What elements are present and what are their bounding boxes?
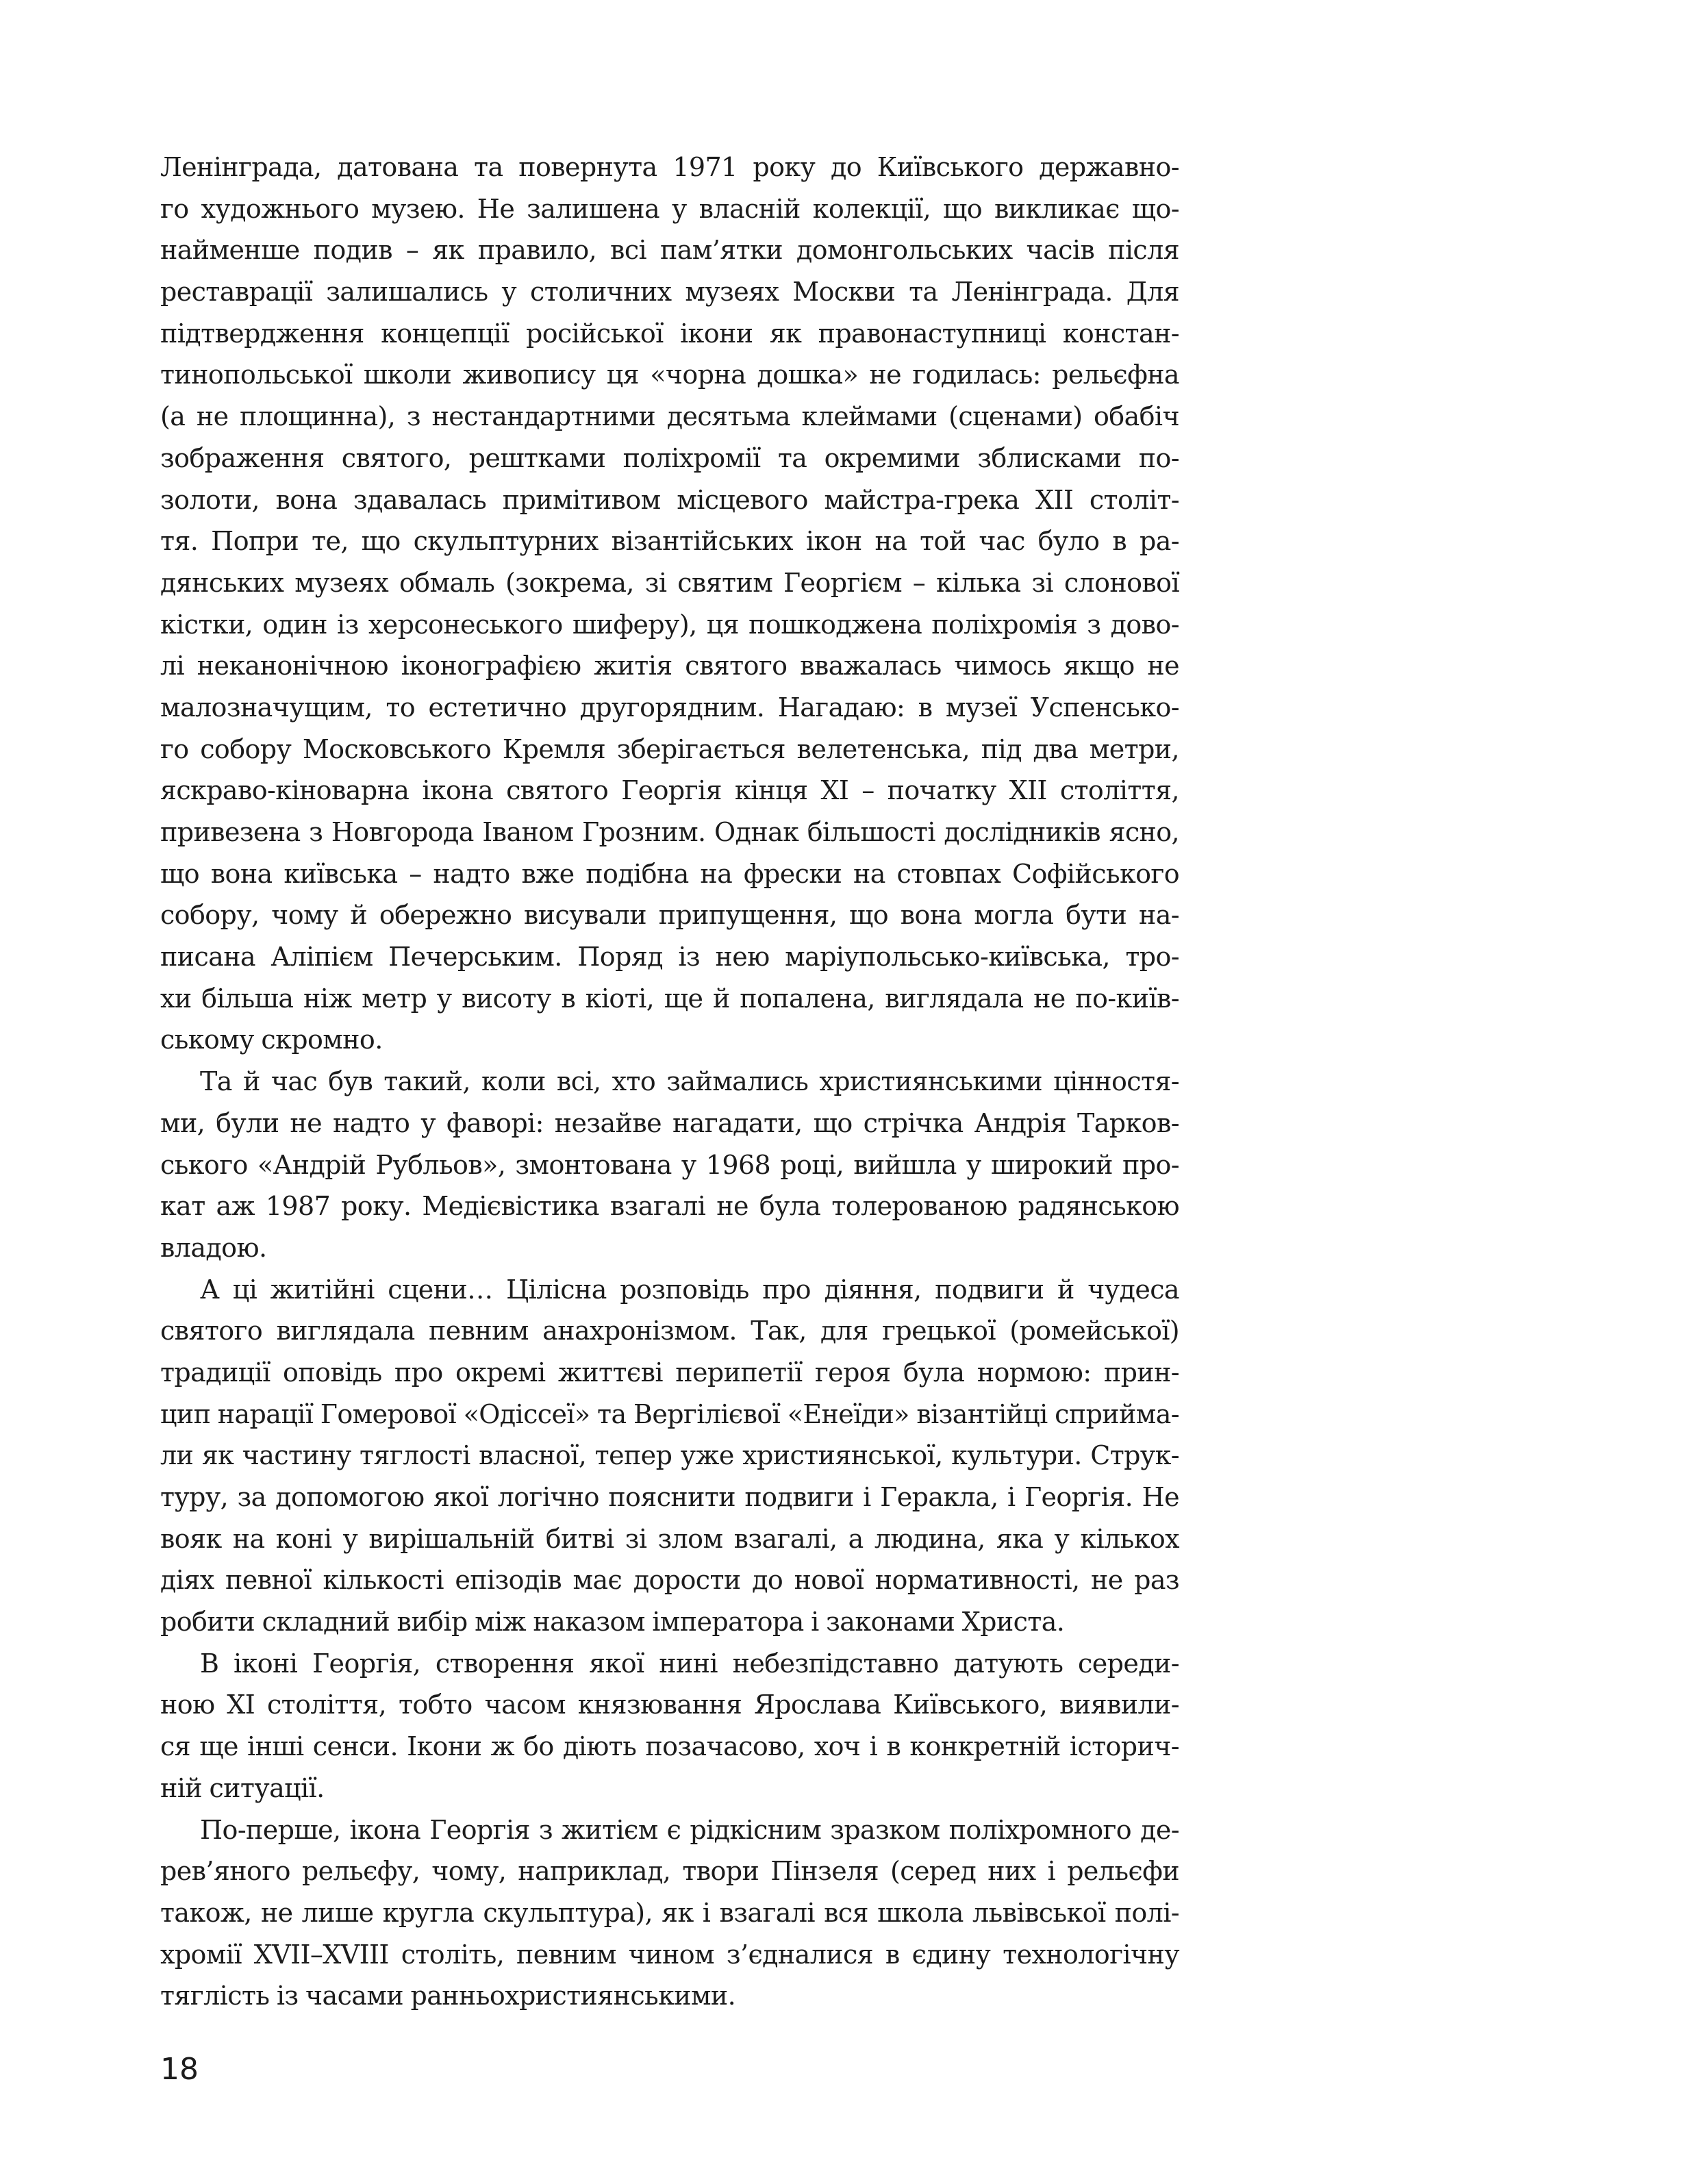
text-line: ли як частину тяглості власної, тепер уж… (160, 1435, 1179, 1477)
text-line: хромії XVII–XVIII століть, певним чином … (160, 1934, 1179, 1976)
text-line: ся ще інші сенси. Ікони ж бо діють позач… (160, 1726, 1179, 1768)
text-line: привезена з Новгорода Іваном Грозним. Од… (160, 812, 1179, 853)
text-line: ському скромно. (160, 1019, 1179, 1061)
text-line: вояк на коні у вирішальній битві зі злом… (160, 1518, 1179, 1560)
text-line: ній ситуації. (160, 1768, 1179, 1809)
page-number: 18 (160, 2052, 199, 2087)
text-line: кат аж 1987 року. Медієвістика взагалі н… (160, 1185, 1179, 1227)
text-line: кістки, один із херсонеського шиферу), ц… (160, 604, 1179, 646)
text-line: що вона київська – надто вже подібна на … (160, 853, 1179, 895)
text-line: Ленінграда, датована та повернута 1971 р… (160, 147, 1179, 188)
text-line: писана Аліпієм Печерським. Поряд із нею … (160, 936, 1179, 978)
text-line: яскраво-кіноварна ікона святого Георгія … (160, 770, 1179, 812)
text-line: рев’яного рельєфу, чому, наприклад, твор… (160, 1850, 1179, 1892)
text-line: традиції оповідь про окремі життєві пери… (160, 1352, 1179, 1394)
text-line: В іконі Георгія, створення якої нині неб… (160, 1643, 1179, 1685)
text-line: золоти, вона здавалась примітивом місцев… (160, 479, 1179, 521)
text-line: ною XI століття, тобто часом князювання … (160, 1684, 1179, 1726)
text-line: Та й час був такий, коли всі, хто займал… (160, 1061, 1179, 1103)
paragraph-1: Ленінграда, датована та повернута 1971 р… (160, 147, 1179, 1061)
paragraph-2: Та й час був такий, коли всі, хто займал… (160, 1061, 1179, 1268)
paragraph-4: В іконі Георгія, створення якої нині неб… (160, 1643, 1179, 1809)
text-line: зображення святого, рештками поліхромії … (160, 438, 1179, 479)
text-line: реставрації залишались у столичних музея… (160, 271, 1179, 313)
text-line: найменше подив – як правило, всі пам’ятк… (160, 229, 1179, 271)
text-line: святого виглядала певним анахронізмом. Т… (160, 1310, 1179, 1352)
paragraph-3: А ці житійні сцени… Цілісна розповідь пр… (160, 1269, 1179, 1643)
text-line: го собору Московського Кремля зберігаєть… (160, 729, 1179, 770)
text-line: дянських музеях обмаль (зокрема, зі свят… (160, 562, 1179, 604)
text-line: цип нарації Гомерової «Одіссеї» та Вергі… (160, 1394, 1179, 1435)
text-line: лі неканонічною іконографією житія свято… (160, 645, 1179, 687)
text-line: го художнього музею. Не залишена у власн… (160, 188, 1179, 230)
text-line: робити складний вибір між наказом імпера… (160, 1601, 1179, 1643)
book-page: Ленінграда, датована та повернута 1971 р… (0, 0, 1699, 2184)
text-line: підтвердження концепції російської ікони… (160, 313, 1179, 355)
body-text: Ленінграда, датована та повернута 1971 р… (160, 147, 1179, 2017)
text-line: ського «Андрій Рубльов», змонтована у 19… (160, 1144, 1179, 1186)
text-line: діях певної кількості епізодів має дорос… (160, 1559, 1179, 1601)
text-line: собору, чому й обережно висували припуще… (160, 894, 1179, 936)
paragraph-5: По-перше, ікона Георгія з житієм є рідкі… (160, 1809, 1179, 2017)
text-line: тинопольської школи живопису ця «чорна д… (160, 354, 1179, 396)
text-line: (а не площинна), з нестандартними десять… (160, 396, 1179, 438)
text-line: туру, за допомогою якої логічно пояснити… (160, 1477, 1179, 1518)
text-line: ми, були не надто у фаворі: незайве нага… (160, 1103, 1179, 1144)
text-line: також, не лише кругла скульптура), як і … (160, 1892, 1179, 1934)
text-line: малозначущим, то естетично другорядним. … (160, 687, 1179, 729)
text-line: владою. (160, 1227, 1179, 1269)
text-line: По-перше, ікона Георгія з житієм є рідкі… (160, 1809, 1179, 1851)
text-line: А ці житійні сцени… Цілісна розповідь пр… (160, 1269, 1179, 1311)
text-line: тяглість із часами ранньохристиянськими. (160, 1975, 1179, 2017)
text-line: тя. Попри те, що скульптурних візантійсь… (160, 520, 1179, 562)
text-line: хи більша ніж метр у висоту в кіоті, ще … (160, 978, 1179, 1020)
